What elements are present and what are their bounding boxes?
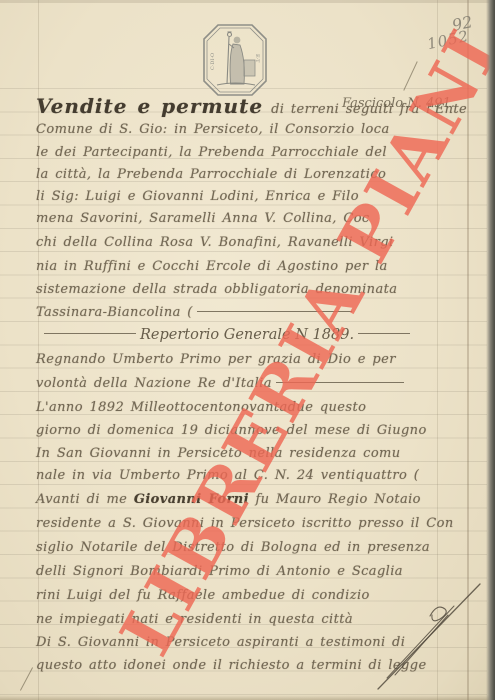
- stamp-right-inscription: E·T: [254, 54, 260, 63]
- stamp-left-inscription: C·DI·O: [210, 53, 216, 70]
- fascicolo-note: Fascicolo N. 491.: [342, 96, 455, 111]
- ink-rule: [276, 382, 404, 383]
- pen-flourish-icon: [372, 578, 487, 696]
- manuscript-line: le dei Partecipanti, la Prebenda Parrocc…: [36, 145, 387, 160]
- scanned-document-page: C·DI·O E·T 92 1052 Vendite e permutedi t…: [0, 0, 495, 700]
- heading-title: Vendite e permute: [36, 94, 263, 118]
- manuscript-line: In San Giovanni in Persiceto nella resid…: [36, 446, 401, 461]
- pen-stroke: [403, 61, 417, 90]
- manuscript-line: residente a S. Giovanni in Persiceto isc…: [36, 516, 454, 531]
- manuscript-line: mena Savorini, Saramelli Anna V. Collina…: [36, 211, 370, 226]
- ink-rule: [197, 311, 352, 312]
- avanti-pre: Avanti di me: [36, 492, 127, 507]
- pen-stroke: [20, 667, 33, 690]
- manuscript-line: delli Signori Bombiardi Primo di Antonio…: [36, 564, 403, 579]
- ink-rule: [358, 333, 410, 334]
- manuscript-line: nia in Ruffini e Cocchi Ercole di Agosti…: [36, 259, 388, 274]
- repertorio-line: Repertorio Generale N 1889.: [40, 327, 352, 343]
- manuscript-line-text: Tassinara-Biancolina (: [36, 305, 193, 320]
- manuscript-line: la città, la Prebenda Parrocchiale di Lo…: [36, 167, 386, 182]
- manuscript-line: sistemazione della strada obbligatoria d…: [36, 282, 397, 297]
- manuscript-line: Comune di S. Gio: in Persiceto, il Conso…: [36, 122, 390, 137]
- manuscript-line: questo atto idonei onde il richiesto a t…: [36, 658, 427, 673]
- ink-rule: [44, 333, 136, 334]
- manuscript-line-avanti: Avanti di me Giovanni Forni fu Mauro Reg…: [36, 492, 421, 507]
- manuscript-line: rini Luigi del fu Raffaele ambedue di co…: [36, 588, 370, 603]
- manuscript-line: Di S. Giovanni in Persiceto aspiranti a …: [36, 635, 405, 650]
- manuscript-line: volontà della Nazione Re d'Italia: [36, 376, 408, 391]
- manuscript-line: li Sig: Luigi e Giovanni Lodini, Enrica …: [36, 189, 359, 204]
- manuscript-line-text: volontà della Nazione Re d'Italia: [36, 376, 272, 391]
- manuscript-line: siglio Notarile del Distretto di Bologna…: [36, 540, 430, 555]
- manuscript-line: giorno di domenica 19 diciannove del mes…: [36, 423, 427, 438]
- manuscript-line: ne impiegati nati e residenti in questa …: [36, 612, 353, 627]
- scan-right-edge: [486, 0, 495, 700]
- repertorio-text: Repertorio Generale N 1889.: [140, 327, 354, 343]
- page-top-edge: [0, 0, 495, 3]
- manuscript-line: L'anno 1892 Milleottocentonovantadue que…: [36, 400, 366, 415]
- avanti-post: fu Mauro Regio Notaio: [255, 492, 420, 507]
- manuscript-line: chi della Collina Rosa V. Bonafini, Rava…: [36, 235, 394, 250]
- manuscript-line: nale in via Umberto Primo al C. N. 24 ve…: [36, 468, 419, 483]
- notary-name: Giovanni Forni: [134, 492, 249, 507]
- revenue-stamp-icon: C·DI·O E·T: [203, 24, 267, 96]
- manuscript-line: Regnando Umberto Primo per grazia di Dio…: [36, 352, 396, 367]
- pencil-number-bottom: 1052: [426, 27, 471, 53]
- manuscript-line: Tassinara-Biancolina (: [36, 305, 356, 320]
